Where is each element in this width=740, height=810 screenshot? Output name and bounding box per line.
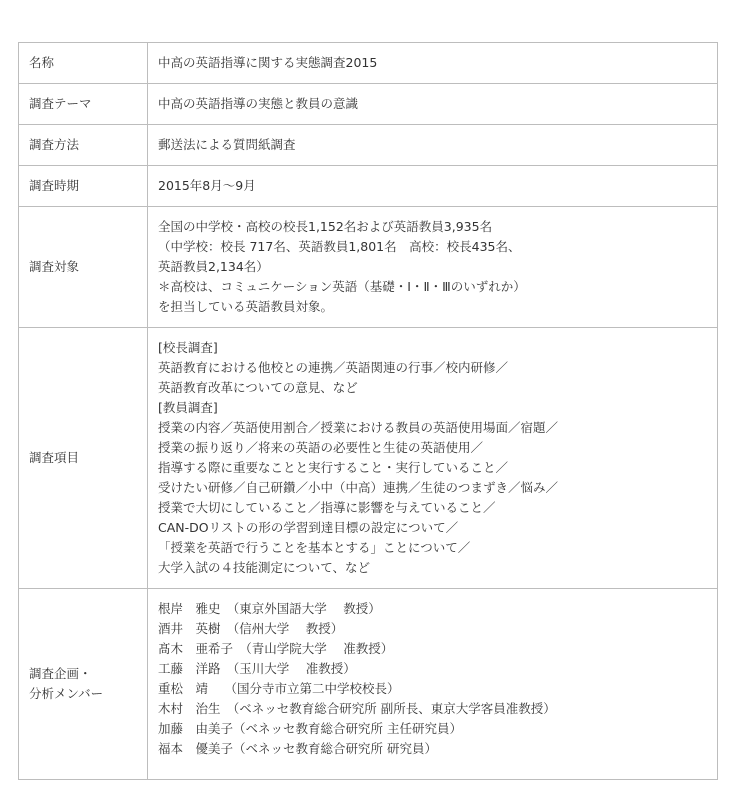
row-value: 根岸 雅史 （東京外国語大学 教授） 酒井 英樹 （信州大学 教授） 髙木 亜希… xyxy=(148,589,718,780)
member-line: 根岸 雅史 （東京外国語大学 教授） xyxy=(158,599,707,619)
row-value: 中高の英語指導に関する実態調査2015 xyxy=(148,43,718,84)
value-line: 指導する際に重要なことと実行すること・実行していること／ xyxy=(158,458,707,478)
row-label: 調査方法 xyxy=(19,125,148,166)
value-line: （中学校：校長 717名、英語教員1,801名 高校：校長435名、 xyxy=(158,237,707,257)
value-line: 中高の英語指導の実態と教員の意識 xyxy=(158,94,707,114)
row-label: 調査項目 xyxy=(19,328,148,589)
value-line: ＊高校は、コミュニケーション英語（基礎・Ⅰ・Ⅱ・Ⅲのいずれか） xyxy=(158,277,707,297)
label-line: 調査企画・ xyxy=(29,664,137,684)
row-label: 調査対象 xyxy=(19,207,148,328)
label-line: 分析メンバー xyxy=(29,684,137,704)
row-name: 名称 中高の英語指導に関する実態調査2015 xyxy=(19,43,718,84)
value-line: [校長調査] xyxy=(158,338,707,358)
row-method: 調査方法 郵送法による質問紙調査 xyxy=(19,125,718,166)
member-line: 福本 優美子（ベネッセ教育総合研究所 研究員） xyxy=(158,739,707,759)
value-line: 「授業を英語で行うことを基本とする」ことについて／ xyxy=(158,538,707,558)
value-line: 授業の内容／英語使用割合／授業における教員の英語使用場面／宿題／ xyxy=(158,418,707,438)
survey-overview-table: 名称 中高の英語指導に関する実態調査2015 調査テーマ 中高の英語指導の実態と… xyxy=(18,42,718,780)
value-line: 受けたい研修／自己研鑽／小中（中高）連携／生徒のつまずき／悩み／ xyxy=(158,478,707,498)
row-value: 2015年8月～9月 xyxy=(148,166,718,207)
value-line: 英語教員2,134名） xyxy=(158,257,707,277)
row-value: 郵送法による質問紙調査 xyxy=(148,125,718,166)
row-members: 調査企画・ 分析メンバー 根岸 雅史 （東京外国語大学 教授） 酒井 英樹 （信… xyxy=(19,589,718,780)
row-items: 調査項目 [校長調査] 英語教育における他校との連携／英語関連の行事／校内研修／… xyxy=(19,328,718,589)
value-line: を担当している英語教員対象。 xyxy=(158,297,707,317)
value-line: 授業の振り返り／将来の英語の必要性と生徒の英語使用／ xyxy=(158,438,707,458)
value-line: 郵送法による質問紙調査 xyxy=(158,135,707,155)
row-period: 調査時期 2015年8月～9月 xyxy=(19,166,718,207)
row-value: 中高の英語指導の実態と教員の意識 xyxy=(148,84,718,125)
member-line: 木村 治生 （ベネッセ教育総合研究所 副所長、東京大学客員准教授） xyxy=(158,699,707,719)
row-label: 調査テーマ xyxy=(19,84,148,125)
member-line: 酒井 英樹 （信州大学 教授） xyxy=(158,619,707,639)
value-line: 英語教育改革についての意見、など xyxy=(158,378,707,398)
value-line: [教員調査] xyxy=(158,398,707,418)
row-target: 調査対象 全国の中学校・高校の校長1,152名および英語教員3,935名 （中学… xyxy=(19,207,718,328)
member-line: 工藤 洋路 （玉川大学 准教授） xyxy=(158,659,707,679)
row-label: 調査企画・ 分析メンバー xyxy=(19,589,148,780)
member-line: 重松 靖 （国分寺市立第二中学校校長） xyxy=(158,679,707,699)
value-line: 授業で大切にしていること／指導に影響を与えていること／ xyxy=(158,498,707,518)
row-theme: 調査テーマ 中高の英語指導の実態と教員の意識 xyxy=(19,84,718,125)
row-value: 全国の中学校・高校の校長1,152名および英語教員3,935名 （中学校：校長 … xyxy=(148,207,718,328)
value-line: 中高の英語指導に関する実態調査2015 xyxy=(158,53,707,73)
row-label: 調査時期 xyxy=(19,166,148,207)
row-value: [校長調査] 英語教育における他校との連携／英語関連の行事／校内研修／ 英語教育… xyxy=(148,328,718,589)
member-line: 加藤 由美子（ベネッセ教育総合研究所 主任研究員） xyxy=(158,719,707,739)
row-label: 名称 xyxy=(19,43,148,84)
value-line: CAN-DOリストの形の学習到達目標の設定について／ xyxy=(158,518,707,538)
member-line: 髙木 亜希子 （青山学院大学 准教授） xyxy=(158,639,707,659)
value-line: 英語教育における他校との連携／英語関連の行事／校内研修／ xyxy=(158,358,707,378)
value-line: 大学入試の４技能測定について、など xyxy=(158,558,707,578)
value-line: 2015年8月～9月 xyxy=(158,176,707,196)
value-line: 全国の中学校・高校の校長1,152名および英語教員3,935名 xyxy=(158,217,707,237)
